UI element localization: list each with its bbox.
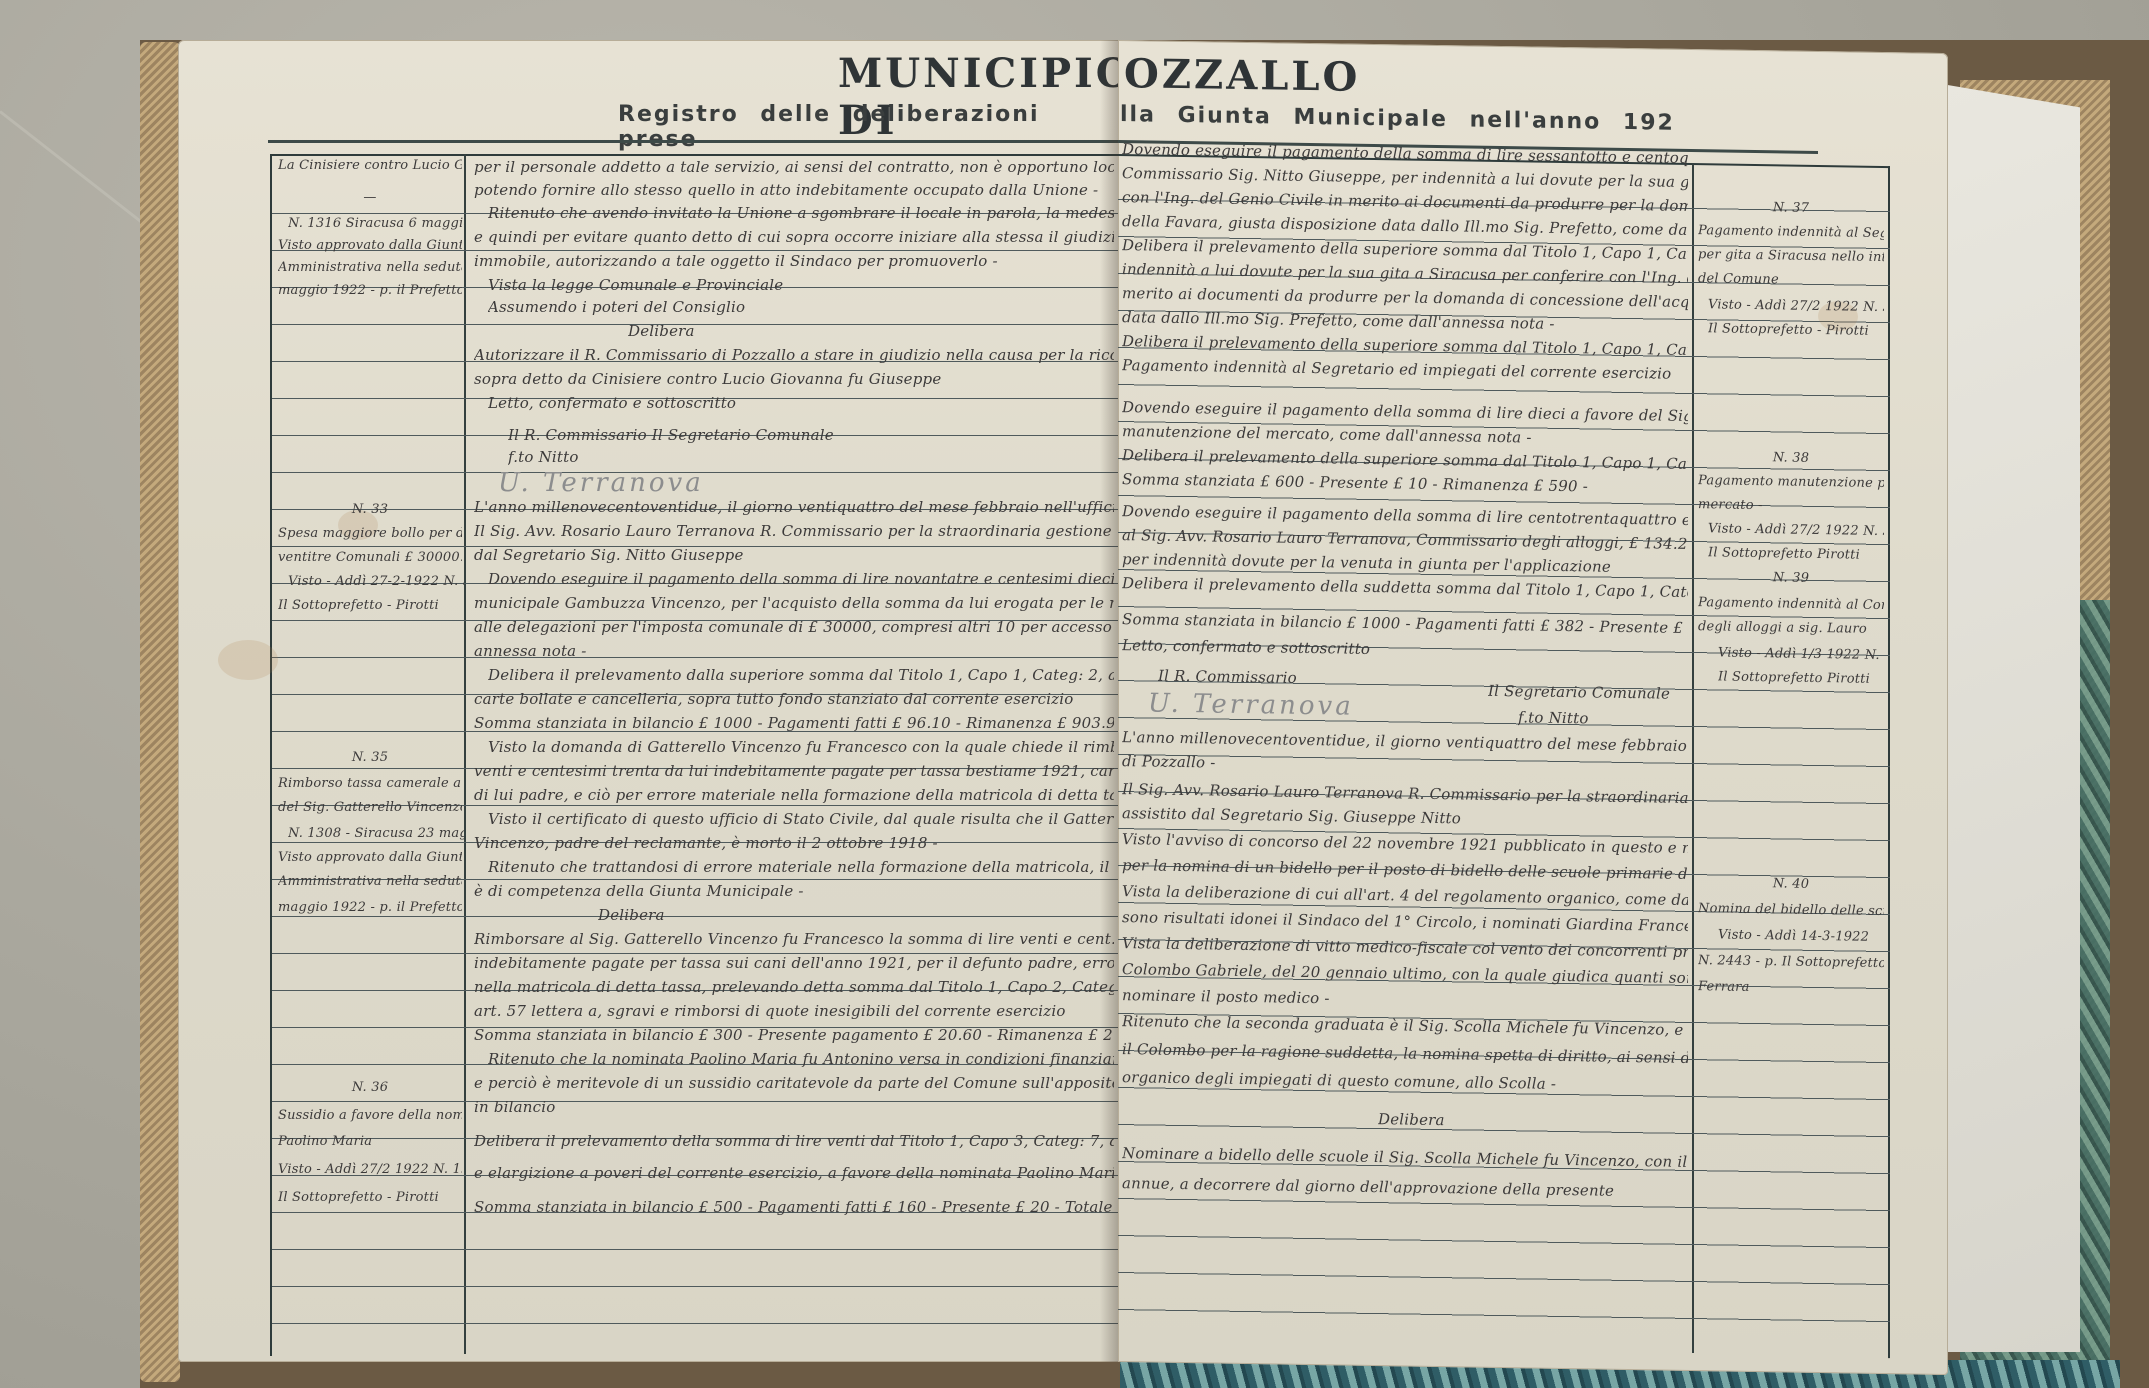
binding-cloth-left xyxy=(140,42,180,1382)
header-subtitle-right: lla Giunta Municipale nell'anno 192 xyxy=(1120,102,1675,136)
right-page: OZZALLO lla Giunta Municipale nell'anno … xyxy=(1118,40,1948,1375)
flyleaf-page xyxy=(1930,82,2080,1352)
left-page: MUNICIPIO DI Registro delle deliberazion… xyxy=(178,40,1122,1362)
header-title-right: OZZALLO xyxy=(1124,50,1360,101)
signature-faded: U. Terranova xyxy=(1148,688,1354,721)
header-subtitle-left: Registro delle deliberazioni prese xyxy=(618,102,1122,152)
signature-faded: U. Terranova xyxy=(498,468,704,498)
paper-stain xyxy=(218,640,278,680)
header-rule xyxy=(268,140,1128,143)
